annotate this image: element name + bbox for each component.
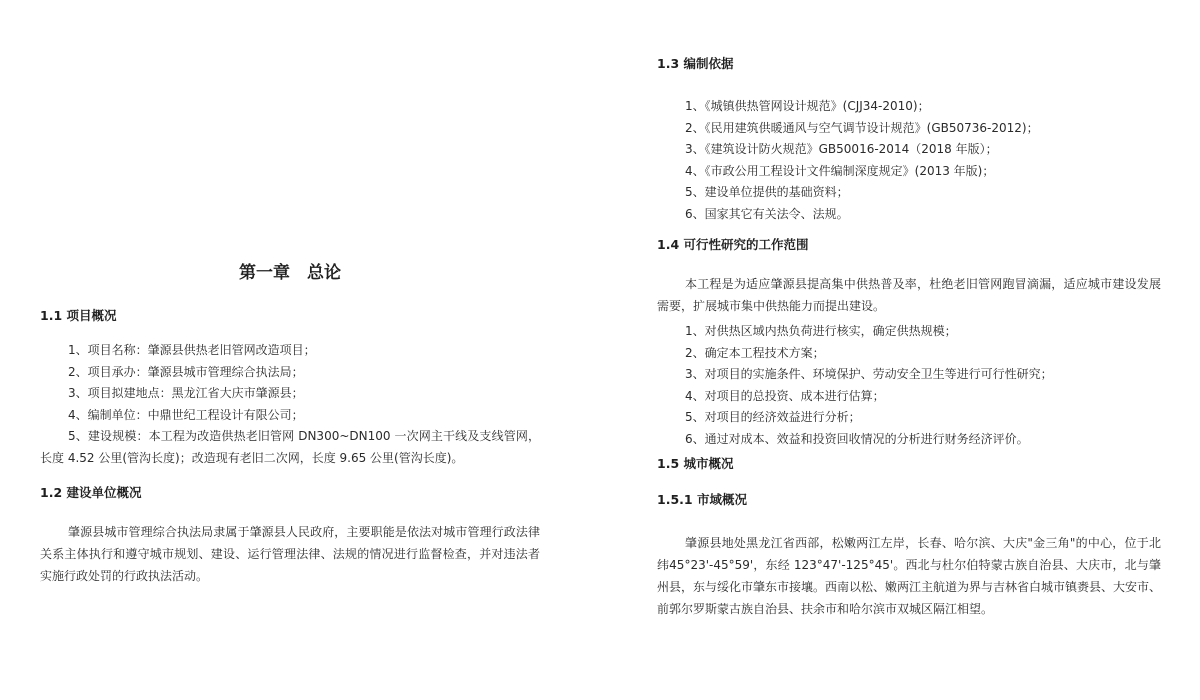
list-item: 4、《市政公用工程设计文件编制深度规定》(2013 年版)； — [657, 161, 1161, 183]
list-item: 1、对供热区域内热负荷进行核实，确定供热规模； — [657, 321, 1161, 343]
list-item: 3、《建筑设计防火规范》GB50016-2014（2018 年版）； — [657, 139, 1161, 161]
list-item: 2、《民用建筑供暖通风与空气调节设计规范》(GB50736-2012)； — [657, 118, 1161, 140]
document-page-right: 1.3 编制依据 1、《城镇供热管网设计规范》(CJJ34-2010)； 2、《… — [657, 0, 1161, 700]
list-item: 1、《城镇供热管网设计规范》(CJJ34-2010)； — [657, 96, 1161, 118]
section-1-5-1-paragraph: 肇源县地处黑龙江省西部，松嫩两江左岸，长春、哈尔滨、大庆"金三角"的中心，位于北… — [657, 532, 1161, 620]
section-heading-1-4: 1.4 可行性研究的工作范围 — [657, 237, 1161, 253]
list-item: 3、项目拟建地点：黑龙江省大庆市肇源县； — [40, 383, 540, 405]
list-item: 3、对项目的实施条件、环境保护、劳动安全卫生等进行可行性研究； — [657, 364, 1161, 386]
section-heading-1-3: 1.3 编制依据 — [657, 56, 1161, 72]
section-heading-1-2: 1.2 建设单位概况 — [40, 485, 540, 501]
section-1-3-list: 1、《城镇供热管网设计规范》(CJJ34-2010)； 2、《民用建筑供暖通风与… — [657, 96, 1161, 225]
section-heading-1-5-1: 1.5.1 市域概况 — [657, 492, 1161, 508]
section-1-1-list: 1、项目名称：肇源县供热老旧管网改造项目； 2、项目承办：肇源县城市管理综合执法… — [40, 340, 540, 469]
list-item: 5、建设单位提供的基础资料； — [657, 182, 1161, 204]
list-item: 6、通过对成本、效益和投资回收情况的分析进行财务经济评价。 — [657, 429, 1161, 451]
chapter-title: 第一章 总论 — [40, 262, 540, 284]
section-heading-1-5: 1.5 城市概况 — [657, 456, 1161, 472]
list-item: 4、对项目的总投资、成本进行估算； — [657, 386, 1161, 408]
list-item: 5、对项目的经济效益进行分析； — [657, 407, 1161, 429]
section-heading-1-1: 1.1 项目概况 — [40, 308, 540, 324]
list-item: 2、确定本工程技术方案； — [657, 343, 1161, 365]
list-item: 5、建设规模：本工程为改造供热老旧管网 DN300~DN100 一次网主干线及支… — [40, 426, 540, 469]
list-item: 4、编制单位：中鼎世纪工程设计有限公司； — [40, 405, 540, 427]
section-1-2-paragraph: 肇源县城市管理综合执法局隶属于肇源县人民政府，主要职能是依法对城市管理行政法律关… — [40, 521, 540, 587]
section-1-4-list: 1、对供热区域内热负荷进行核实，确定供热规模； 2、确定本工程技术方案； 3、对… — [657, 321, 1161, 450]
list-item: 6、国家其它有关法令、法规。 — [657, 204, 1161, 226]
document-page-left: 第一章 总论 1.1 项目概况 1、项目名称：肇源县供热老旧管网改造项目； 2、… — [40, 0, 540, 700]
list-item: 1、项目名称：肇源县供热老旧管网改造项目； — [40, 340, 540, 362]
section-1-4-intro: 本工程是为适应肇源县提高集中供热普及率，杜绝老旧管网跑冒滴漏，适应城市建设发展需… — [657, 273, 1161, 317]
list-item: 2、项目承办：肇源县城市管理综合执法局； — [40, 362, 540, 384]
